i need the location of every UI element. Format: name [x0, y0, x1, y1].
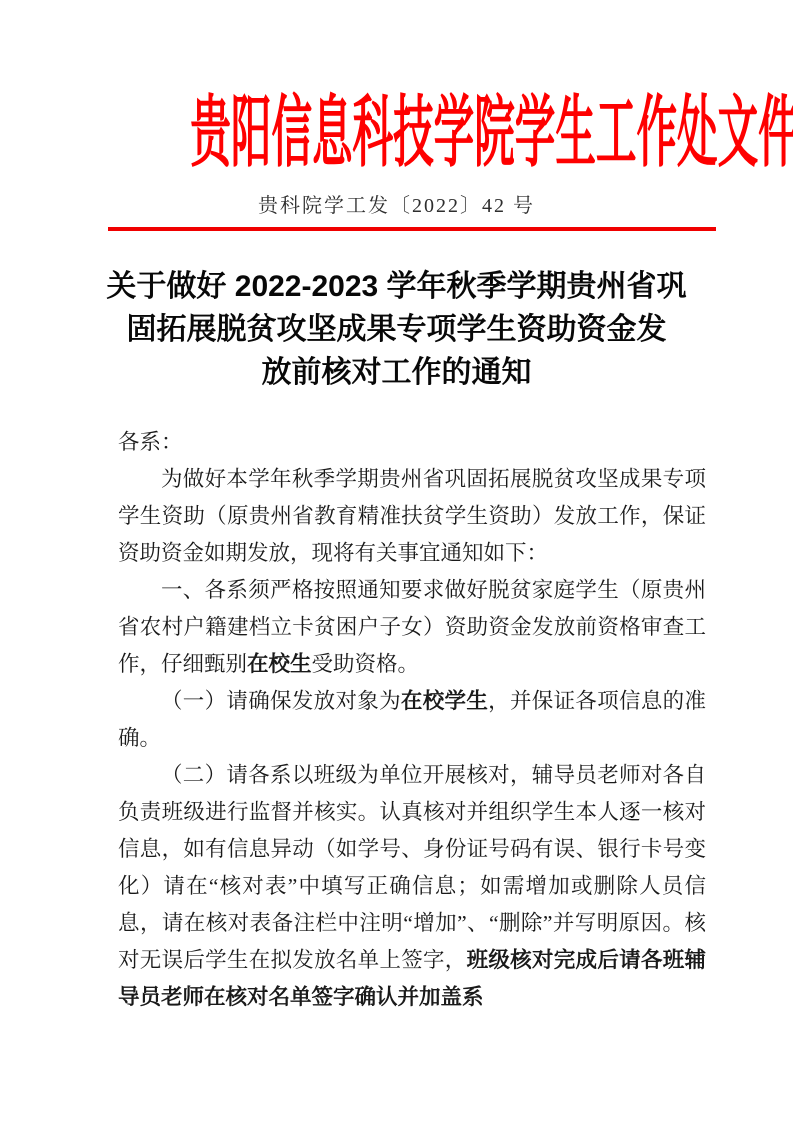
- notice-title-line-3: 放前核对工作的通知: [0, 351, 793, 394]
- body-paragraph: （二）请各系以班级为单位开展核对，辅导员老师对各自负责班级进行监督并核实。认真核…: [118, 757, 706, 1016]
- notice-title-line-2: 固拓展脱贫攻坚成果专项学生资助资金发: [0, 308, 793, 351]
- document-page: 贵阳信息科技学院学生工作处文件 贵科院学工发〔2022〕42 号 关于做好 20…: [0, 0, 793, 1122]
- body-paragraph: 为做好本学年秋季学期贵州省巩固拓展脱贫攻坚成果专项学生资助（原贵州省教育精准扶贫…: [118, 461, 706, 572]
- notice-title-line-1: 关于做好 2022-2023 学年秋季学期贵州省巩: [0, 265, 793, 308]
- body-paragraph: （一）请确保发放对象为在校学生，并保证各项信息的准确。: [118, 683, 706, 757]
- body-paragraph: 一、各系须严格按照通知要求做好脱贫家庭学生（原贵州省农村户籍建档立卡贫困户子女）…: [118, 572, 706, 683]
- document-number: 贵科院学工发〔2022〕42 号: [0, 189, 793, 218]
- red-header-banner-title: 贵阳信息科技学院学生工作处文件: [190, 92, 602, 174]
- salutation: 各系：: [118, 424, 706, 461]
- body-text-run: 为做好本学年秋季学期贵州省巩固拓展脱贫攻坚成果专项学生资助（原贵州省教育精准扶贫…: [118, 467, 706, 565]
- emphasis-text: 在校学生: [401, 689, 488, 713]
- notice-title: 关于做好 2022-2023 学年秋季学期贵州省巩 固拓展脱贫攻坚成果专项学生资…: [0, 265, 793, 394]
- body-text-run: （二）请各系以班级为单位开展核对，辅导员老师对各自负责班级进行监督并核实。认真核…: [118, 763, 706, 972]
- emphasis-text: 在校生: [247, 652, 312, 676]
- body-text-run: 受助资格。: [312, 652, 420, 676]
- body-text-run: （一）请确保发放对象为: [161, 689, 401, 713]
- document-body: 各系： 为做好本学年秋季学期贵州省巩固拓展脱贫攻坚成果专项学生资助（原贵州省教育…: [118, 424, 706, 1016]
- red-divider-rule: [108, 227, 716, 231]
